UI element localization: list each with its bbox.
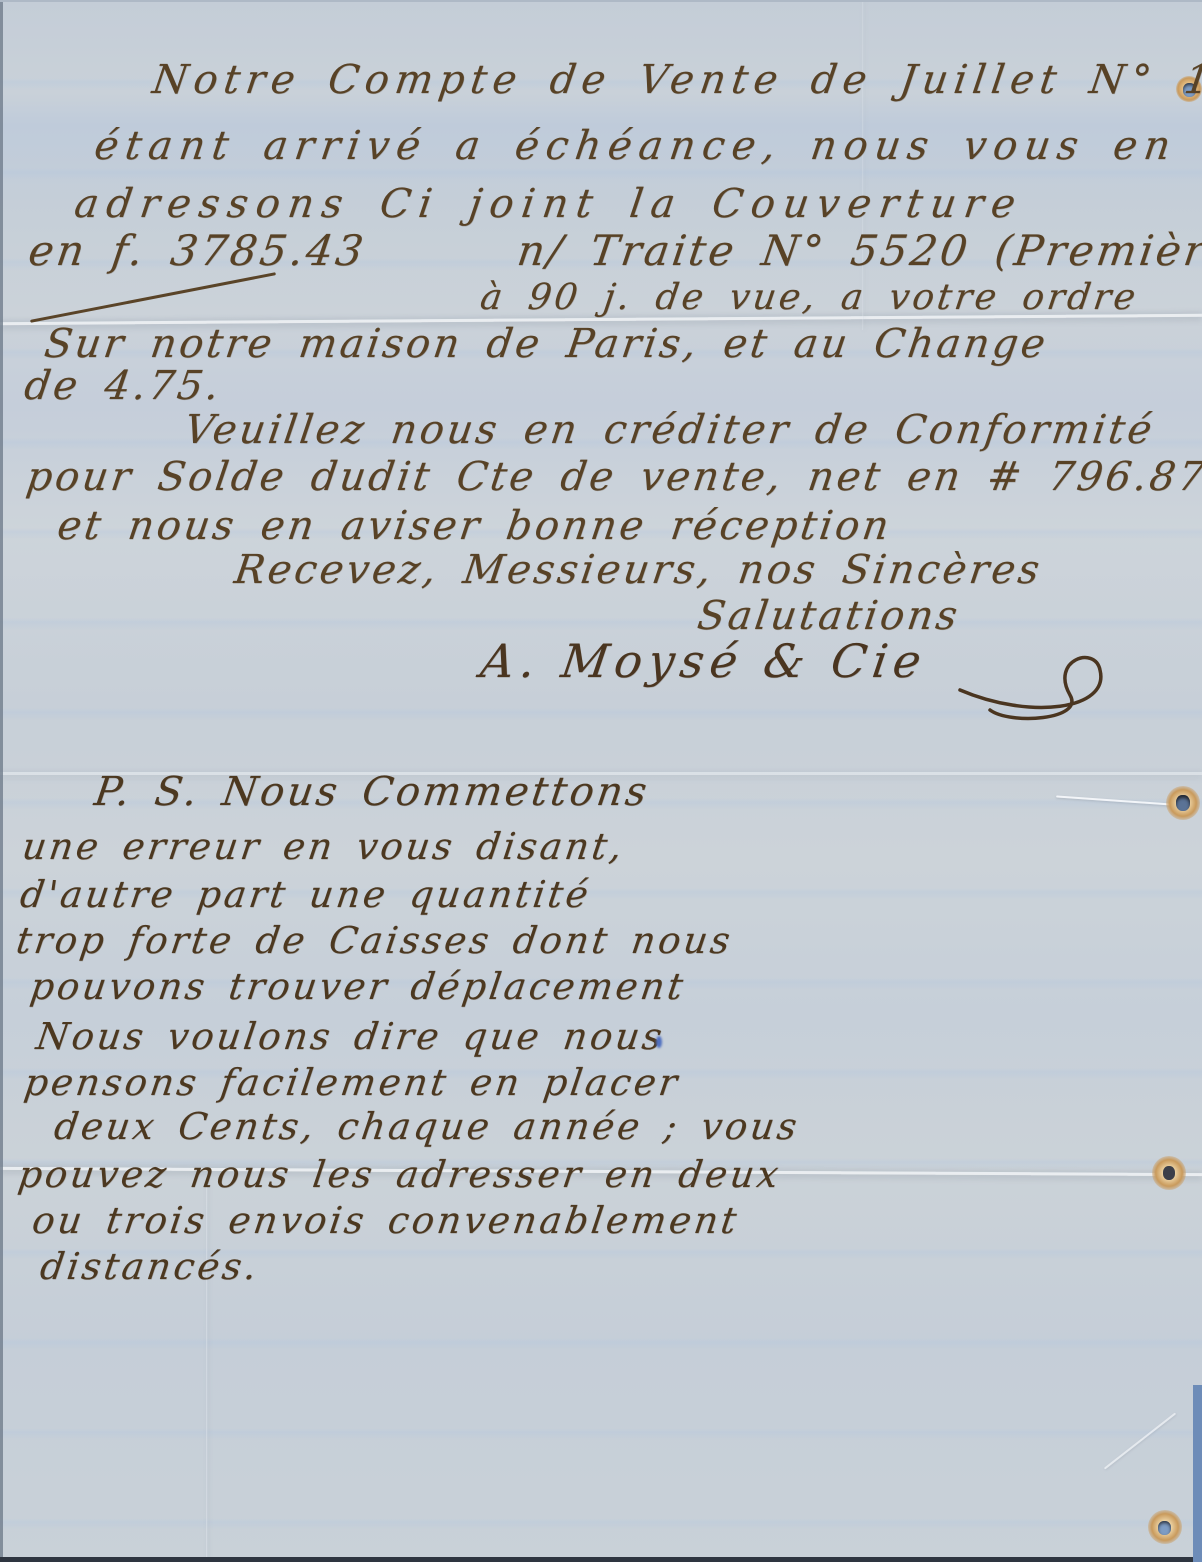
handwritten-line: Recevez, Messieurs, nos Sincères: [232, 550, 1045, 590]
handwritten-line: Notre Compte de Vente de Juillet N° 198: [150, 60, 1202, 100]
signature: A. Moysé & Cie: [478, 638, 930, 684]
scan-edge-bottom: [0, 1557, 1202, 1562]
scan-edge-top: [0, 0, 1202, 2]
scan-edge-left: [0, 0, 3, 1562]
handwritten-line: en f. 3785.43 n/ Traite N° 5520 (Premièr…: [26, 230, 1202, 272]
ps-line: trop forte de Caisses dont nous: [14, 922, 735, 959]
handwritten-line: Sur notre maison de Paris, et au Change: [42, 324, 1051, 364]
ps-line: pensons facilement en placer: [22, 1064, 682, 1101]
blue-ink-stain: [656, 1036, 662, 1048]
handwritten-line: adressons Ci joint la Couverture: [72, 184, 1026, 224]
handwritten-line: Salutations: [695, 596, 963, 636]
scanned-letter-page: Notre Compte de Vente de Juillet N° 198 …: [0, 0, 1202, 1562]
pen-flourish-stroke: [30, 272, 276, 323]
handwritten-line: et nous en aviser bonne réception: [55, 506, 894, 546]
ps-line: pouvons trouver déplacement: [28, 968, 688, 1005]
ps-line: deux Cents, chaque année ; vous: [52, 1108, 802, 1145]
pin-hole-bottom: [1148, 1510, 1182, 1544]
paper-crack-corner: [1104, 1413, 1176, 1470]
ps-line: Nous voulons dire que nous: [34, 1018, 667, 1055]
handwritten-line: étant arrivé a échéance, nous vous en: [92, 126, 1180, 166]
ps-line: une erreur en vous disant,: [20, 828, 627, 865]
ps-line: d'autre part une quantité: [18, 876, 593, 913]
handwritten-line: Veuillez nous en créditer de Conformité: [182, 410, 1157, 450]
ps-line: ou trois envois convenablement: [30, 1202, 742, 1239]
handwritten-line: pour Solde dudit Cte de vente, net en # …: [24, 457, 1202, 497]
ps-line: pouvez nous les adresser en deux: [16, 1156, 784, 1193]
handwritten-line: à 90 j. de vue, a votre ordre: [478, 280, 1141, 316]
ps-line: distancés.: [38, 1248, 262, 1285]
handwritten-line: de 4.75.: [22, 366, 224, 406]
signature-flourish: [950, 600, 1130, 730]
pin-hole-upper-middle: [1166, 786, 1200, 820]
scan-edge-right-blue: [1193, 1385, 1202, 1562]
ps-line: P. S. Nous Commettons: [92, 772, 652, 812]
pin-hole-lower-middle: [1152, 1156, 1186, 1190]
